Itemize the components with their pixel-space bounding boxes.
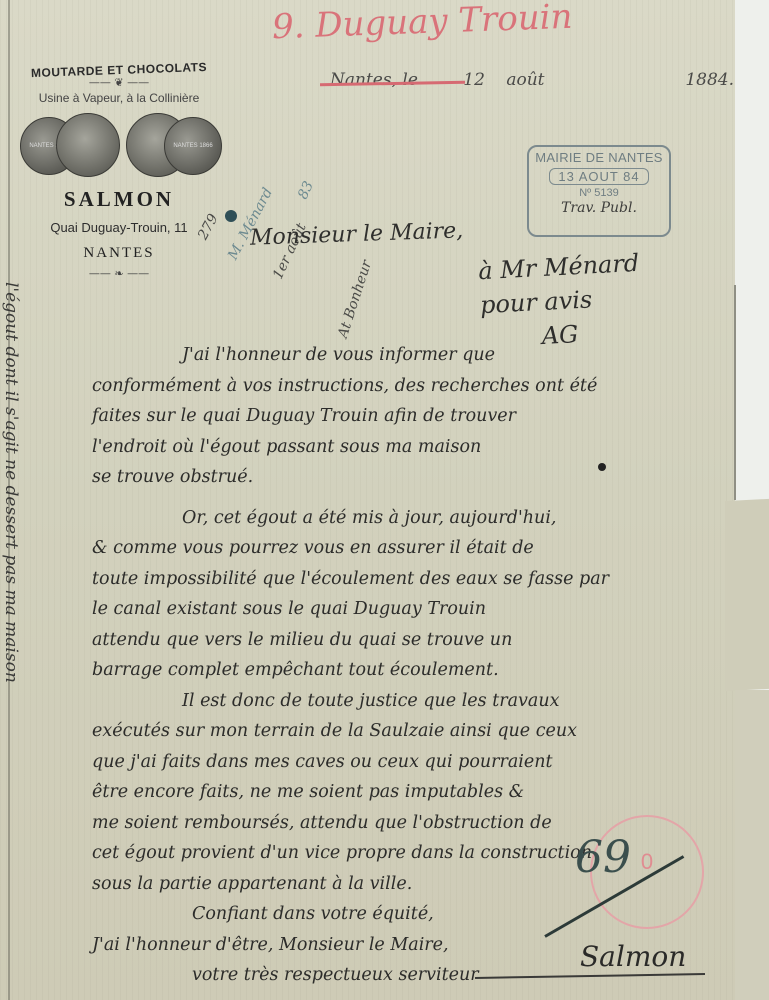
body-line: être encore faits, ne me soient pas impu… (92, 777, 742, 808)
body-line: faites sur le quai Duguay Trouin afin de… (92, 401, 742, 432)
stamp-department: Trav. Publ. (529, 200, 669, 216)
body-line: barrage complet empêchant tout écoulemen… (92, 655, 742, 686)
signature: Salmon (580, 940, 686, 973)
stamp-number: Nº 5139 (529, 187, 669, 199)
dateline-place: Nantes, le (330, 70, 418, 90)
medal-icon: NANTES 1866 (164, 117, 222, 175)
body-line: exécutés sur mon terrain de la Saulzaie … (92, 716, 742, 747)
stamp-title: MAIRIE DE NANTES (529, 150, 669, 165)
stamp-date: 13 AOUT 84 (549, 168, 648, 185)
company-name: SALMON (14, 187, 224, 212)
margin-note-line: l'égout dont il s'agit ne dessert pas ma… (0, 282, 27, 982)
body-line: Il est donc de toute justice que les tra… (92, 686, 742, 717)
body-line: attendu que vers le milieu du quai se tr… (92, 625, 742, 656)
company-city: NANTES (14, 245, 224, 262)
body-line: toute impossibilité que l'écoulement des… (92, 564, 742, 595)
letterhead-factory: Usine à Vapeur, à la Collinière (14, 91, 224, 105)
medal-icon (56, 113, 120, 177)
dateline-day: 12 (463, 70, 485, 90)
body-line: l'endroit où l'égout passant sous ma mai… (92, 432, 742, 463)
ink-blot (225, 210, 237, 222)
letterhead: MOUTARDE ET CHOCOLATS —— ❦ —— Usine à Va… (14, 55, 224, 280)
body-line: que j'ai faits dans mes caves ou ceux qu… (92, 747, 742, 778)
dateline: Nantes, le 12 août 1884. (330, 70, 750, 90)
folio-number: 69 (575, 832, 631, 883)
company-address: Quai Duguay-Trouin, 11 (14, 220, 224, 235)
body-line: Or, cet égout a été mis à jour, aujourd'… (92, 503, 742, 534)
ornament-icon: —— ❧ —— (14, 268, 224, 280)
body-line: le canal existant sous le quai Duguay Tr… (92, 594, 742, 625)
body-line: se trouve obstrué. (92, 462, 742, 493)
margin-note: l'égout dont il s'agit ne dessert pas ma… (0, 282, 27, 982)
body-line: conformément à vos instructions, des rec… (92, 371, 742, 402)
medals: NANTES 1861 NANTES 1866 (14, 111, 224, 183)
mairie-stamp: MAIRIE DE NANTES 13 AOUT 84 Nº 5139 Trav… (527, 145, 671, 237)
body-line: J'ai l'honneur de vous informer que (92, 340, 742, 371)
dateline-year: 1884. (685, 70, 734, 90)
dateline-month: août (506, 70, 544, 90)
body-line: & comme vous pourrez vous en assurer il … (92, 533, 742, 564)
